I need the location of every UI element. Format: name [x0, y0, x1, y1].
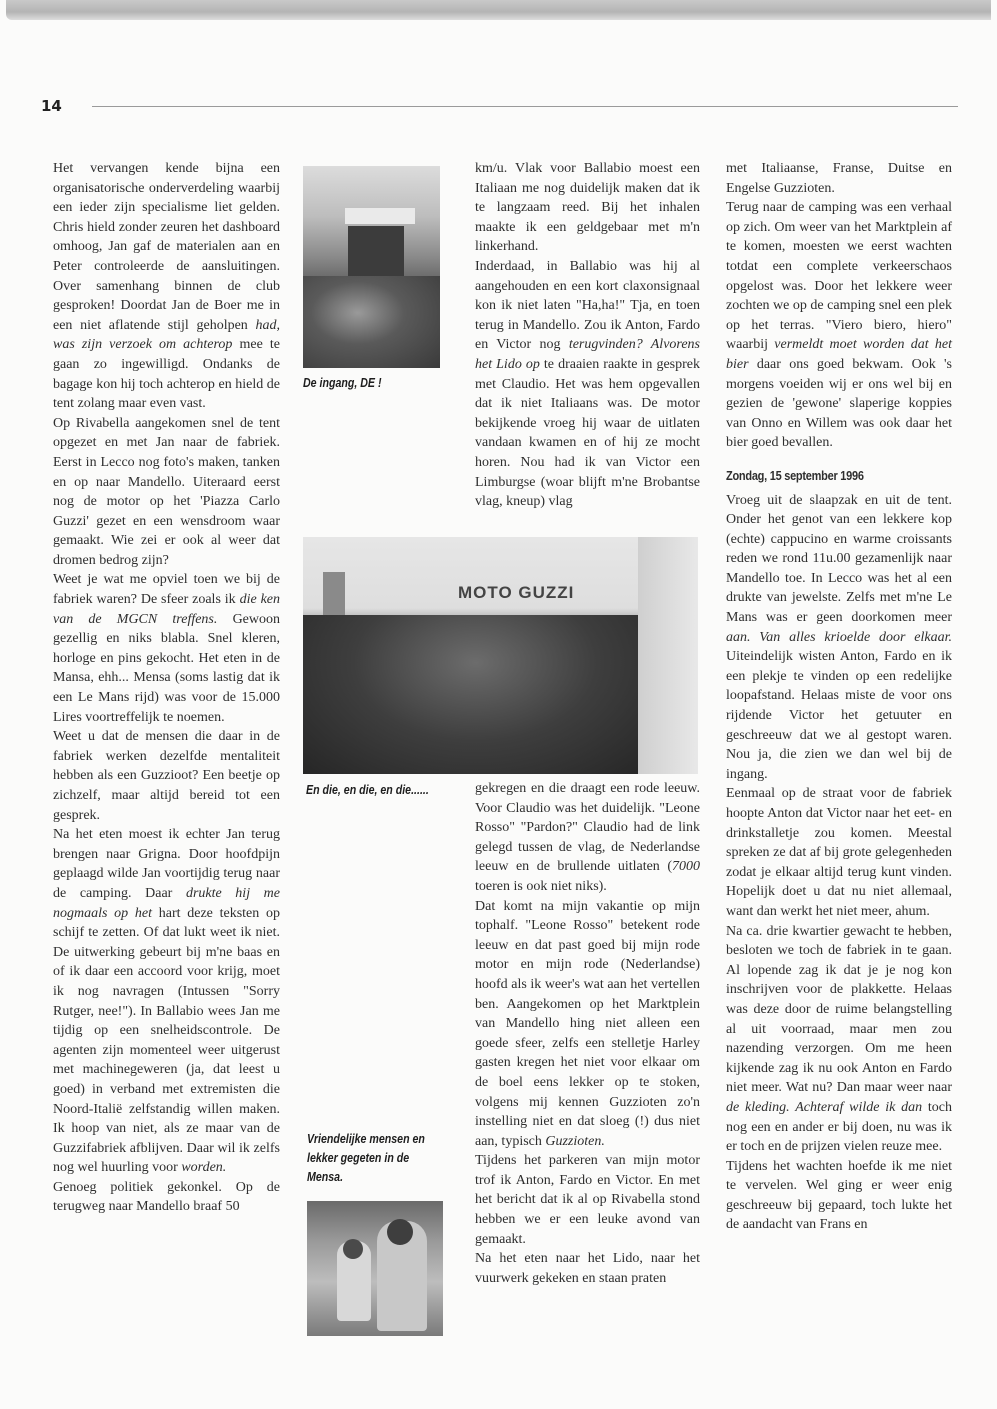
italic-text: aan. Van alles krioelde door elkaar. [726, 630, 952, 645]
text: gekregen en die draagt een rode leeuw. V… [475, 781, 700, 874]
text: Terug naar de camping was een verhaal op… [726, 200, 952, 352]
text: daar ons goed bekwam. Ook 's morgens voe… [726, 357, 952, 450]
paragraph: met Italiaanse, Franse, Duitse en Engels… [726, 159, 952, 198]
italic-text: de kleding. Achteraf wilde ik dan [726, 1100, 922, 1115]
paragraph: Na ca. drie kwartier gewacht te hebben, … [726, 922, 952, 1157]
article-column-3-bottom: gekregen en die draagt een rode leeuw. V… [475, 779, 700, 1288]
italic-text: Guzzioten. [545, 1134, 605, 1149]
paragraph: Weet u dat de mensen die daar in de fabr… [53, 727, 280, 825]
paragraph: Terug naar de camping was een verhaal op… [726, 198, 952, 453]
paragraph: Genoeg politiek gekonkel. Op de terugweg… [53, 1178, 280, 1217]
italic-text: 7000 [672, 859, 700, 874]
italic-text: worden. [181, 1160, 226, 1175]
photo-moto-guzzi-crowd: MOTO GUZZI [303, 537, 698, 774]
text: Vroeg uit de slaapzak en uit de tent. On… [726, 493, 952, 626]
section-subheading: Zondag, 15 september 1996 [726, 467, 925, 487]
page-number: 14 [41, 97, 62, 115]
photo-detail [387, 1219, 413, 1245]
paragraph: Na het eten moest ik echter Jan terug br… [53, 825, 280, 1178]
photo-detail [303, 615, 648, 774]
article-column-1: Het vervangen kende bijna een organisato… [53, 159, 280, 1217]
paragraph: Op Rivabella aangekomen snel de tent opg… [53, 414, 280, 571]
caption-mensa: Vriendelijke mensen en lekker gegeten in… [307, 1130, 435, 1187]
scan-top-edge [6, 0, 991, 20]
text: hart deze teksten op schijf te zetten. O… [53, 906, 280, 1176]
paragraph: gekregen en die draagt een rode leeuw. V… [475, 779, 700, 897]
text: toeren is ook niet niks). [475, 879, 607, 894]
paragraph: Na het eten naar het Lido, naar het vuur… [475, 1249, 700, 1288]
paragraph: Weet je wat me opviel toen we bij de fab… [53, 570, 280, 727]
text: Uiteindelijk wisten Anton, Fardo en ik e… [726, 649, 952, 782]
photo-detail [303, 276, 440, 368]
photo-detail [343, 1239, 363, 1259]
club-acronym: MGCN [117, 612, 157, 627]
header-rule [92, 106, 958, 107]
paragraph: Vroeg uit de slaapzak en uit de tent. On… [726, 491, 952, 785]
text: Gewoon gezellig en niks blabla. Snel kle… [53, 612, 280, 725]
caption-crowd: En die, en die, en die...... [306, 781, 429, 800]
photo-detail [345, 208, 415, 224]
photo-factory-entrance [303, 166, 440, 368]
paragraph: Inderdaad, in Ballabio was hij al aangeh… [475, 257, 700, 512]
photo-mensa-kitchen [307, 1201, 443, 1336]
paragraph: km/u. Vlak voor Ballabio moest een Itali… [475, 159, 700, 257]
text: Dat komt na mijn vakantie op mijn tophal… [475, 899, 700, 1149]
paragraph: Eenmaal op de straat voor de fabriek hoo… [726, 784, 952, 921]
text: te draaien raakte in gesprek met Claudio… [475, 357, 700, 509]
paragraph: Tijdens het parkeren van mijn motor trof… [475, 1151, 700, 1249]
paragraph: Het vervangen kende bijna een organisato… [53, 159, 280, 414]
italic-text: treffens. [172, 612, 217, 627]
text: Na ca. drie kwartier gewacht te hebben, … [726, 924, 952, 1096]
article-column-3-top: km/u. Vlak voor Ballabio moest een Itali… [475, 159, 700, 512]
photo-detail [638, 537, 698, 774]
article-column-4: met Italiaanse, Franse, Duitse en Engels… [726, 159, 952, 1235]
text: Het vervangen kende bijna een organisato… [53, 161, 280, 333]
caption-entrance: De ingang, DE ! [303, 374, 382, 393]
paragraph: Dat komt na mijn vakantie op mijn tophal… [475, 897, 700, 1152]
moto-guzzi-sign: MOTO GUZZI [458, 583, 574, 603]
paragraph: Tijdens het wachten hoefde ik me niet te… [726, 1157, 952, 1235]
